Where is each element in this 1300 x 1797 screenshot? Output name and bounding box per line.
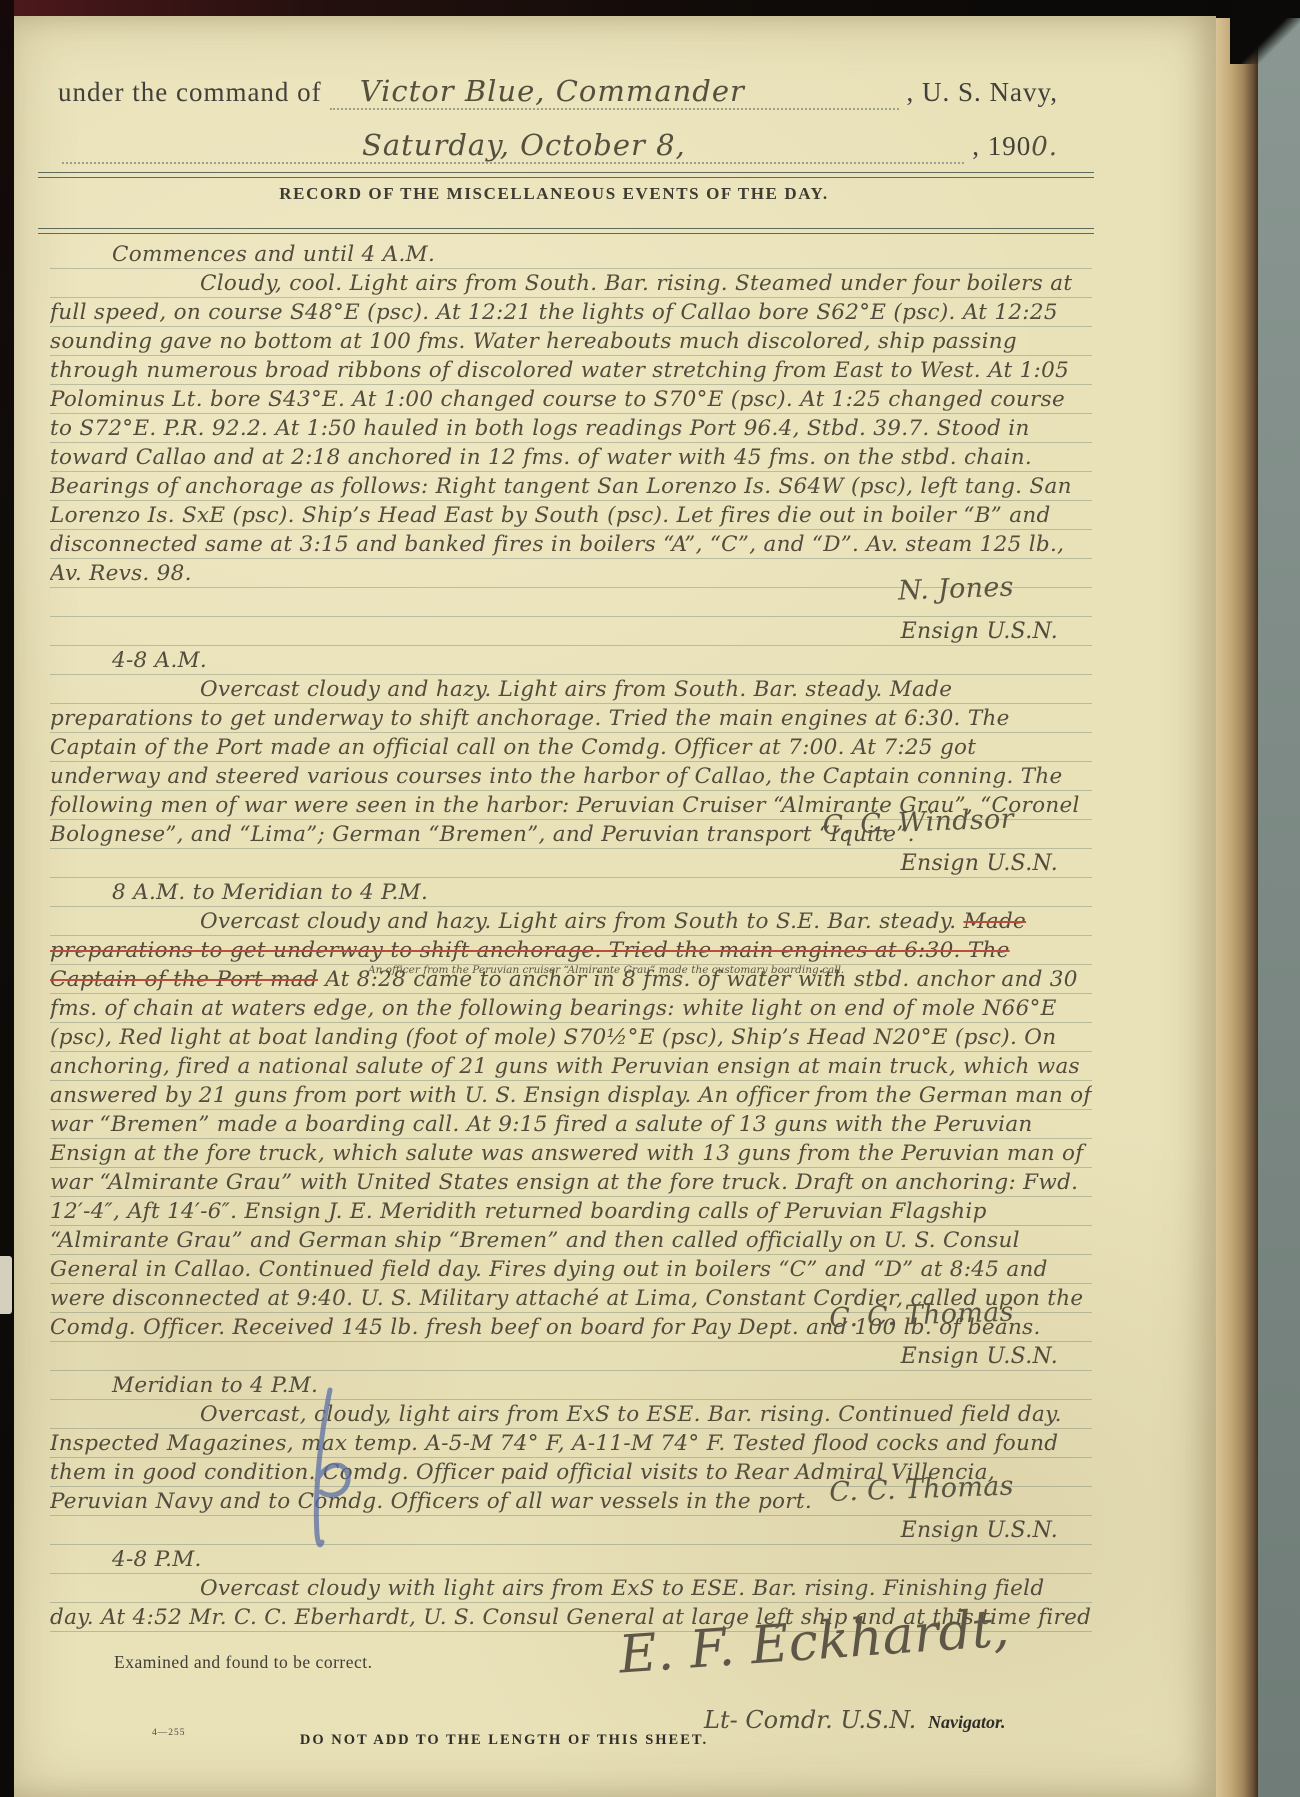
page-title: RECORD OF THE MISCELLANEOUS EVENTS OF TH… <box>14 184 1094 204</box>
watch-heading: Meridian to 4 P.M. <box>112 1371 1092 1400</box>
navigator-printed-label: Navigator. <box>928 1712 1006 1732</box>
date-line: Saturday, October 8, , 190 0. <box>54 128 1058 164</box>
command-line: under the command of Victor Blue, Comman… <box>58 74 1058 110</box>
navigator-rank: Lt- Comdr. U.S.N. <box>704 1706 916 1734</box>
commander-name-blank: Victor Blue, Commander <box>330 74 899 110</box>
date-blank: Saturday, October 8, <box>62 128 964 164</box>
printed-year-prefix: , 190 <box>972 131 1031 162</box>
binding-left-edge <box>0 0 14 1797</box>
commander-name-handwritten: Victor Blue, Commander <box>330 74 745 108</box>
log-entry: 8 A.M. to Meridian to 4 P.M. Overcast cl… <box>50 878 1092 1371</box>
photo-backdrop <box>1254 0 1300 1797</box>
logbook-page: under the command of Victor Blue, Comman… <box>14 16 1216 1797</box>
do-not-add-notice: DO NOT ADD TO THE LENGTH OF THIS SHEET. <box>224 1732 784 1749</box>
year-handwritten: 0. <box>1031 132 1058 162</box>
watch-heading: Commences and until 4 A.M. <box>112 240 1092 269</box>
scanned-logbook-photo: { "header": { "printed_prefix": "under t… <box>0 0 1300 1797</box>
entry-text: Overcast cloudy and hazy. Light airs fro… <box>50 907 1092 1342</box>
photo-corner-shadow <box>1230 0 1300 64</box>
printed-navy-suffix: , U. S. Navy, <box>907 77 1059 108</box>
divider-rule <box>38 172 1094 178</box>
page-corner-tab <box>0 1256 12 1314</box>
navigator-rank-line: Lt- Comdr. U.S.N. Navigator. <box>704 1706 1124 1734</box>
blue-pencil-mark <box>296 1384 366 1554</box>
watch-heading: 4-8 P.M. <box>112 1545 1092 1574</box>
watch-heading: 4-8 A.M. <box>112 646 1092 675</box>
signature-block: N. Jones Ensign U.S.N. <box>50 588 1092 646</box>
date-handwritten: Saturday, October 8, <box>62 128 686 162</box>
printed-command-prefix: under the command of <box>58 77 322 108</box>
log-entry: 4-8 A.M. Overcast cloudy and hazy. Light… <box>50 646 1092 878</box>
log-entry: Commences and until 4 A.M. Cloudy, cool.… <box>50 240 1092 646</box>
examined-note: Examined and found to be correct. <box>114 1652 373 1673</box>
log-entry: Meridian to 4 P.M. Overcast, cloudy, lig… <box>50 1371 1092 1545</box>
log-entries-area: Commences and until 4 A.M. Cloudy, cool.… <box>50 240 1092 1632</box>
entry-text-normal: At 8:28 came to anchor in 8 fms. of wate… <box>50 967 1092 1340</box>
entry-text: Cloudy, cool. Light airs from South. Bar… <box>50 269 1092 588</box>
book-page-edge <box>1216 0 1258 1797</box>
entry-text-normal: Overcast cloudy and hazy. Light airs fro… <box>200 909 964 934</box>
form-number: 4—255 <box>152 1728 186 1738</box>
interline-insertion-text: An officer from the Peruvian cruiser “Al… <box>218 965 844 975</box>
divider-rule <box>38 228 1094 234</box>
watch-heading: 8 A.M. to Meridian to 4 P.M. <box>112 878 1092 907</box>
